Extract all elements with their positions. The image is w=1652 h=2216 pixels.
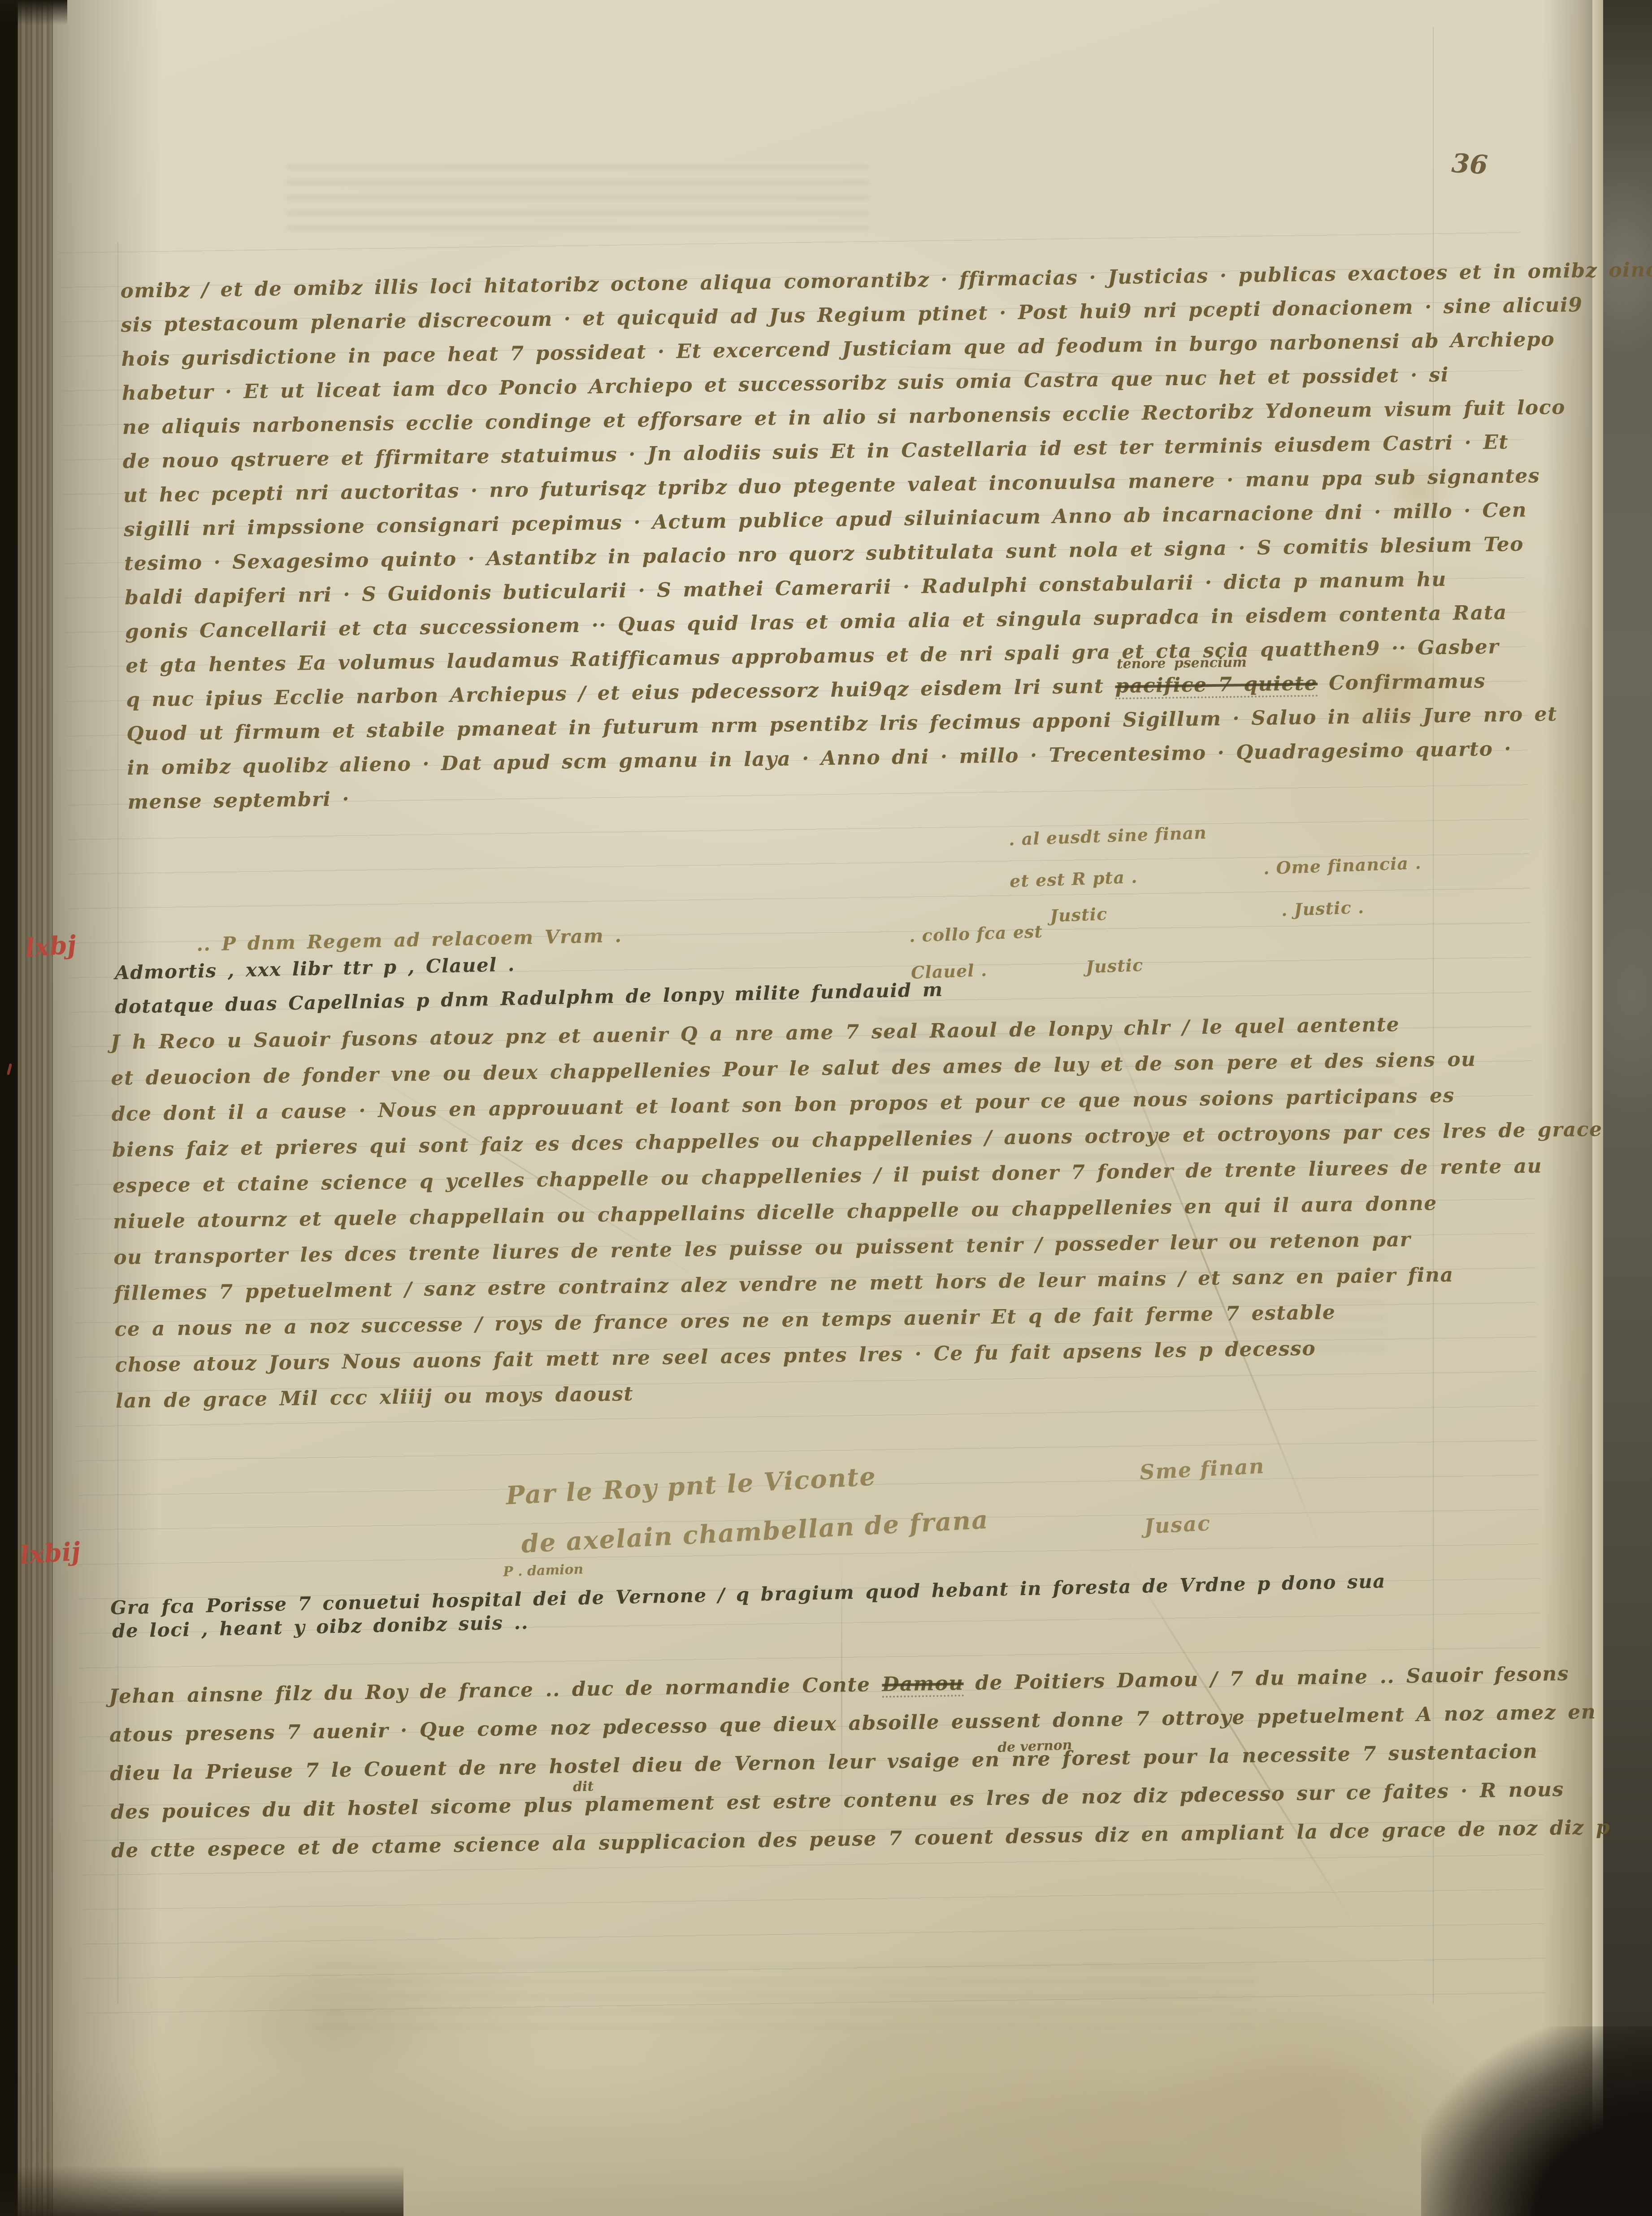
annotation-justic: Jusac	[1144, 1511, 1212, 1539]
interlinear-insertion: tenore psencium	[1117, 656, 1247, 671]
interlinear-damion: P . damion	[503, 1561, 583, 1580]
latin-entry: omibz / et de omibz illis loci hitatorib…	[120, 252, 1652, 819]
folio-number: 36	[1451, 148, 1488, 180]
strikethrough-text: pacifice 7 quiete	[1115, 672, 1318, 699]
margin-number-67: lxbij	[19, 1536, 82, 1570]
annotation-justic: . Justic .	[1281, 897, 1365, 920]
corner-shadow-bottom-right	[1421, 2026, 1652, 2216]
margin-number-66: lxbj	[24, 930, 77, 963]
interlinear-dit: dit	[572, 1778, 594, 1795]
entry67-line-text: de Poitiers Damou / 7 du maine .. Sauoir…	[975, 1662, 1569, 1695]
entry66-body: J h Reco u Sauoir fusons atouz pnz et au…	[110, 1004, 1606, 1419]
entry67-body: Jehan ainsne filz du Roy de france .. du…	[108, 1654, 1611, 1870]
manuscript-scan: 36 omibz / et de omibz illis loci hitato…	[0, 0, 1652, 2216]
annotation-justic: Justic	[1049, 904, 1108, 926]
bottom-edge-shadow	[0, 2165, 403, 2216]
corner-shadow-top-left	[0, 0, 67, 25]
entry67-line-text: Jehan ainsne filz du Roy de france .. du…	[108, 1673, 871, 1708]
annotation-justic: Justic	[1085, 955, 1144, 977]
interlinear-de-vernon: de vernon	[997, 1737, 1072, 1756]
strikethrough-text: Damou	[882, 1672, 964, 1698]
latin-line-text: Confirmamus	[1329, 670, 1486, 695]
book-gutter	[0, 0, 18, 2216]
